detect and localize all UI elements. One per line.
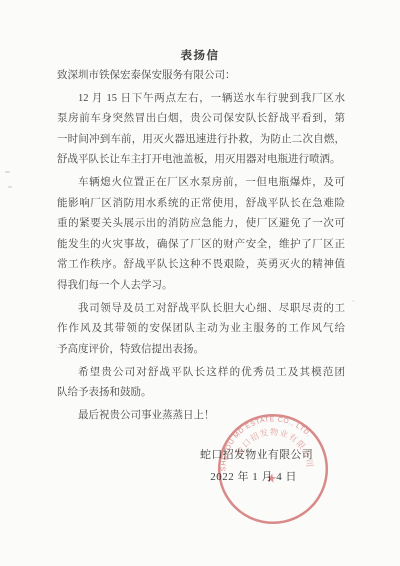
body-line: 予高度评价，特致信提出表扬。 bbox=[57, 340, 345, 361]
body-line: 队给予表扬和鼓励。 bbox=[57, 383, 345, 404]
body-line: 一时间冲到车前，用灭火器迅速进行扑救，为防止二次自燃， bbox=[57, 130, 345, 151]
body-line: 能影响厂区消防用水系统的正常使用，舒战平队长在急难险 bbox=[57, 194, 345, 215]
body-line: 泵房前车身突然冒出白烟，贵公司保安队长舒战平看到，第 bbox=[57, 109, 345, 130]
body-line: 得我们每一个人去学习。 bbox=[57, 276, 345, 297]
body-line: 常工作秩序。舒战平队长这种不畏艰险，英勇灭火的精神值 bbox=[57, 255, 345, 276]
letter-page: 表扬信 致深圳市铁保宏泰保安服务有限公司： 12 月 15 日下午两点左右，一辆… bbox=[0, 0, 400, 566]
body-line: 车辆熄火位置正在厂区水泵房前，一但电瓶爆炸，及可 bbox=[57, 173, 345, 194]
scan-noise-speck bbox=[352, 300, 355, 302]
body-line: 能发生的火灾事故，确保了厂区的财产安全，维护了厂区正 bbox=[57, 235, 345, 256]
scan-noise-speck bbox=[8, 186, 12, 188]
body-line: 12 月 15 日下午两点左右，一辆送水车行驶到我厂区水 bbox=[57, 89, 345, 110]
paragraph: 车辆熄火位置正在厂区水泵房前，一但电瓶爆炸，及可能影响厂区消防用水系统的正常使用… bbox=[57, 173, 345, 296]
paragraph: 最后祝贵公司事业蒸蒸日上！ bbox=[57, 406, 345, 427]
letter-body: 致深圳市铁保宏泰保安服务有限公司： 12 月 15 日下午两点左右，一辆送水车行… bbox=[57, 66, 345, 427]
paragraph: 我司领导及员工对舒战平队长胆大心细、尽职尽责的工作作风及其带领的安保团队主动为业… bbox=[57, 299, 345, 361]
body-line: 作作风及其带领的安保团队主动为业主服务的工作风气给 bbox=[57, 319, 345, 340]
paragraph: 12 月 15 日下午两点左右，一辆送水车行驶到我厂区水泵房前车身突然冒出白烟，… bbox=[57, 89, 345, 171]
letter-title: 表扬信 bbox=[0, 47, 400, 63]
salutation-line: 致深圳市铁保宏泰保安服务有限公司： bbox=[57, 66, 345, 87]
body-line: 最后祝贵公司事业蒸蒸日上！ bbox=[57, 406, 345, 427]
paragraph: 希望贵公司对舒战平队长这样的优秀员工及其模范团队给予表扬和鼓励。 bbox=[57, 363, 345, 404]
body-line: 我司领导及员工对舒战平队长胆大心细、尽职尽责的工 bbox=[57, 299, 345, 320]
body-line: 舒战平队长让车主打开电池盖板，用灭用器对电瓶进行喷洒。 bbox=[57, 150, 345, 171]
scan-noise-speck bbox=[5, 171, 10, 173]
body-line: 希望贵公司对舒战平队长这样的优秀员工及其模范团 bbox=[57, 363, 345, 384]
paragraphs: 12 月 15 日下午两点左右，一辆送水车行驶到我厂区水泵房前车身突然冒出白烟，… bbox=[57, 89, 345, 427]
signature-company-name: 蛇口招发物业有限公司 bbox=[200, 446, 313, 462]
signature-date: 2022 年 1 月 4 日 bbox=[210, 468, 297, 484]
body-line: 重的紧要关头展示出的消防应急能力，使厂区避免了一次可 bbox=[57, 214, 345, 235]
